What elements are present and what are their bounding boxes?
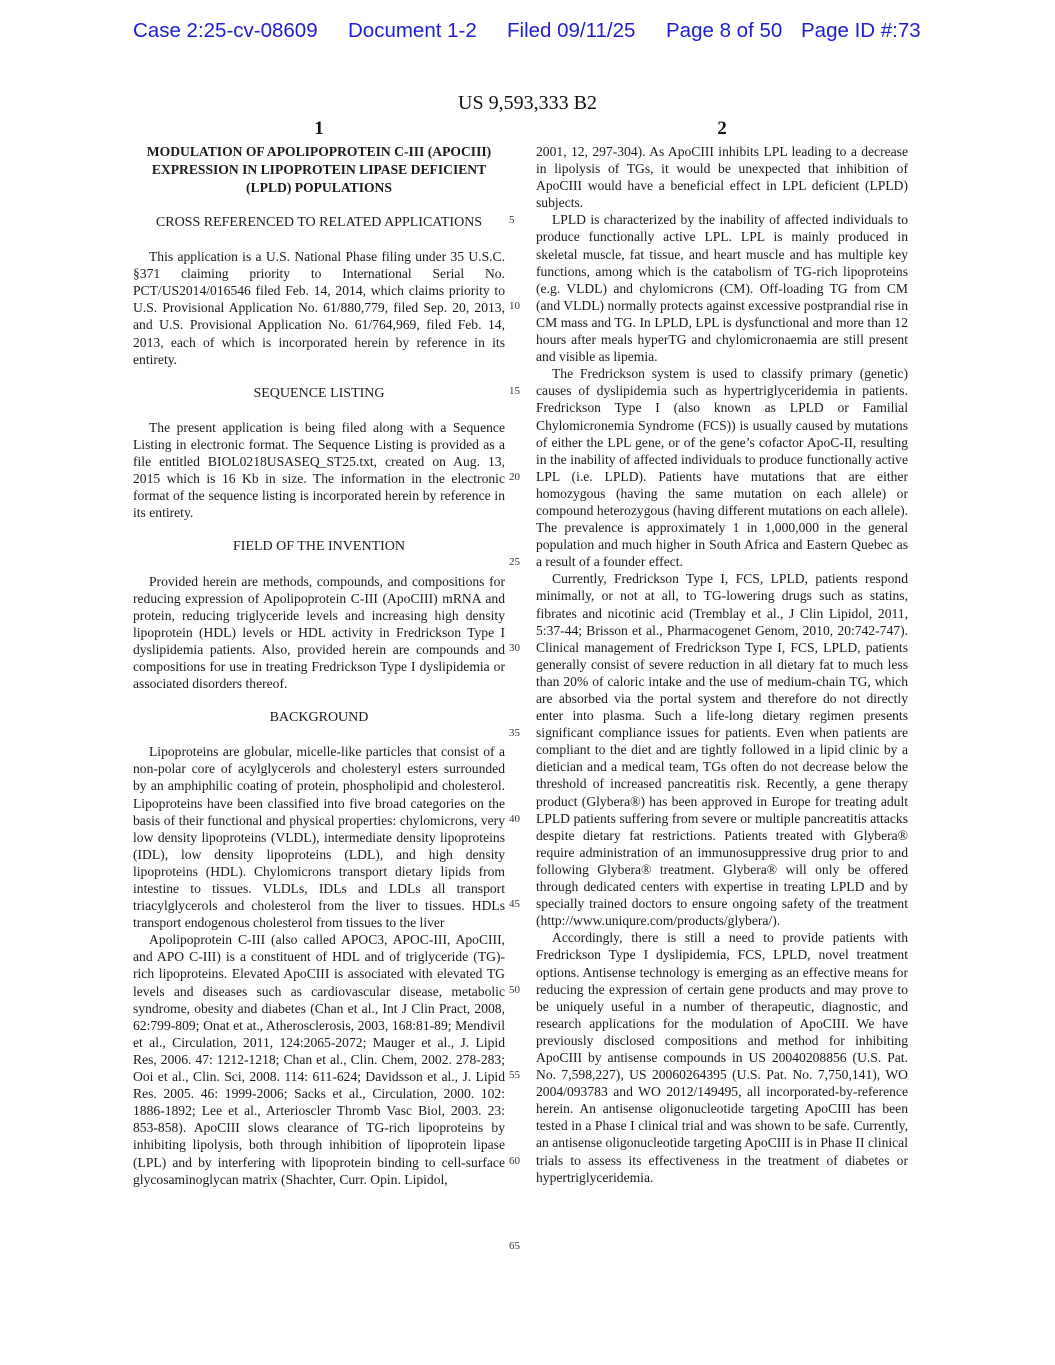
line-number: 30	[509, 642, 520, 654]
line-number: 50	[509, 984, 520, 996]
column-number-left: 1	[133, 118, 505, 140]
line-number: 5	[509, 214, 515, 226]
paragraph: The Fredrickson system is used to classi…	[536, 365, 908, 570]
page-count: Page 8 of 50	[666, 19, 782, 43]
line-number: 65	[509, 1240, 520, 1252]
right-column: 2001, 12, 297-304). As ApoCIII inhibits …	[536, 143, 908, 1186]
page-id: Page ID #:73	[801, 19, 921, 43]
paragraph: Lipoproteins are globular, micelle-like …	[133, 743, 505, 931]
paragraph: Accordingly, there is still a need to pr…	[536, 929, 908, 1185]
patent-title: MODULATION OF APOLIPOPROTEIN C-III (APOC…	[133, 143, 505, 197]
paragraph: Apolipoprotein C-III (also called APOC3,…	[133, 931, 505, 1187]
line-number: 15	[509, 385, 520, 397]
section-heading-sequence-listing: SEQUENCE LISTING	[133, 385, 505, 402]
line-number: 35	[509, 727, 520, 739]
line-number: 55	[509, 1069, 520, 1081]
paragraph: Provided herein are methods, compounds, …	[133, 573, 505, 693]
paragraph: 2001, 12, 297-304). As ApoCIII inhibits …	[536, 143, 908, 211]
column-number-right: 2	[536, 118, 908, 140]
paragraph: The present application is being filed a…	[133, 419, 505, 522]
paragraph: This application is a U.S. National Phas…	[133, 248, 505, 368]
left-column: MODULATION OF APOLIPOPROTEIN C-III (APOC…	[133, 143, 505, 1188]
filed-date: Filed 09/11/25	[507, 19, 635, 43]
line-number: 40	[509, 813, 520, 825]
line-number: 10	[509, 300, 520, 312]
line-number: 20	[509, 471, 520, 483]
section-heading-background: BACKGROUND	[133, 709, 505, 726]
patent-number: US 9,593,333 B2	[0, 92, 1055, 115]
line-number: 25	[509, 556, 520, 568]
section-heading-field: FIELD OF THE INVENTION	[133, 538, 505, 555]
case-number: Case 2:25-cv-08609	[133, 19, 318, 43]
paragraph: Currently, Fredrickson Type I, FCS, LPLD…	[536, 570, 908, 929]
paragraph: LPLD is characterized by the inability o…	[536, 211, 908, 365]
document-number: Document 1-2	[348, 19, 477, 43]
line-number: 45	[509, 898, 520, 910]
section-heading-cross-reference: CROSS REFERENCED TO RELATED APPLICATIONS	[133, 214, 505, 231]
line-number: 60	[509, 1155, 520, 1167]
